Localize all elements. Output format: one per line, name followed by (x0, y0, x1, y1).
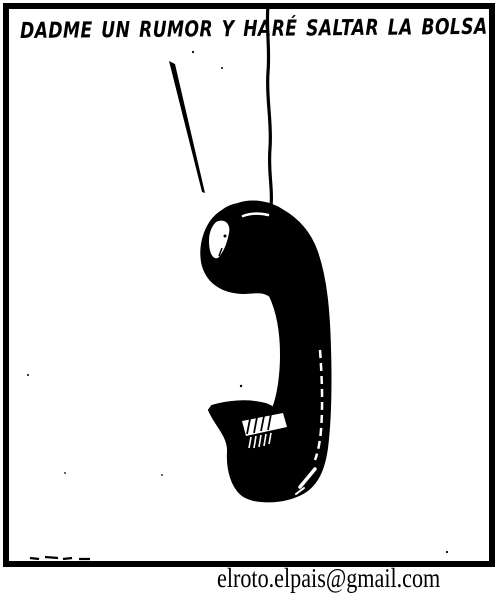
caption-pointer-icon (169, 61, 205, 193)
scribble-marks (30, 557, 90, 559)
cartoon-drawing (0, 0, 500, 600)
credit-email: elroto.elpais@gmail.com (217, 564, 440, 594)
earpiece-highlight-speck (224, 235, 227, 238)
cartoon-canvas: DADME UN RUMOR Y HARÉ SALTAR LA BOLSA (0, 0, 500, 600)
phone-cord-icon (267, 6, 271, 206)
